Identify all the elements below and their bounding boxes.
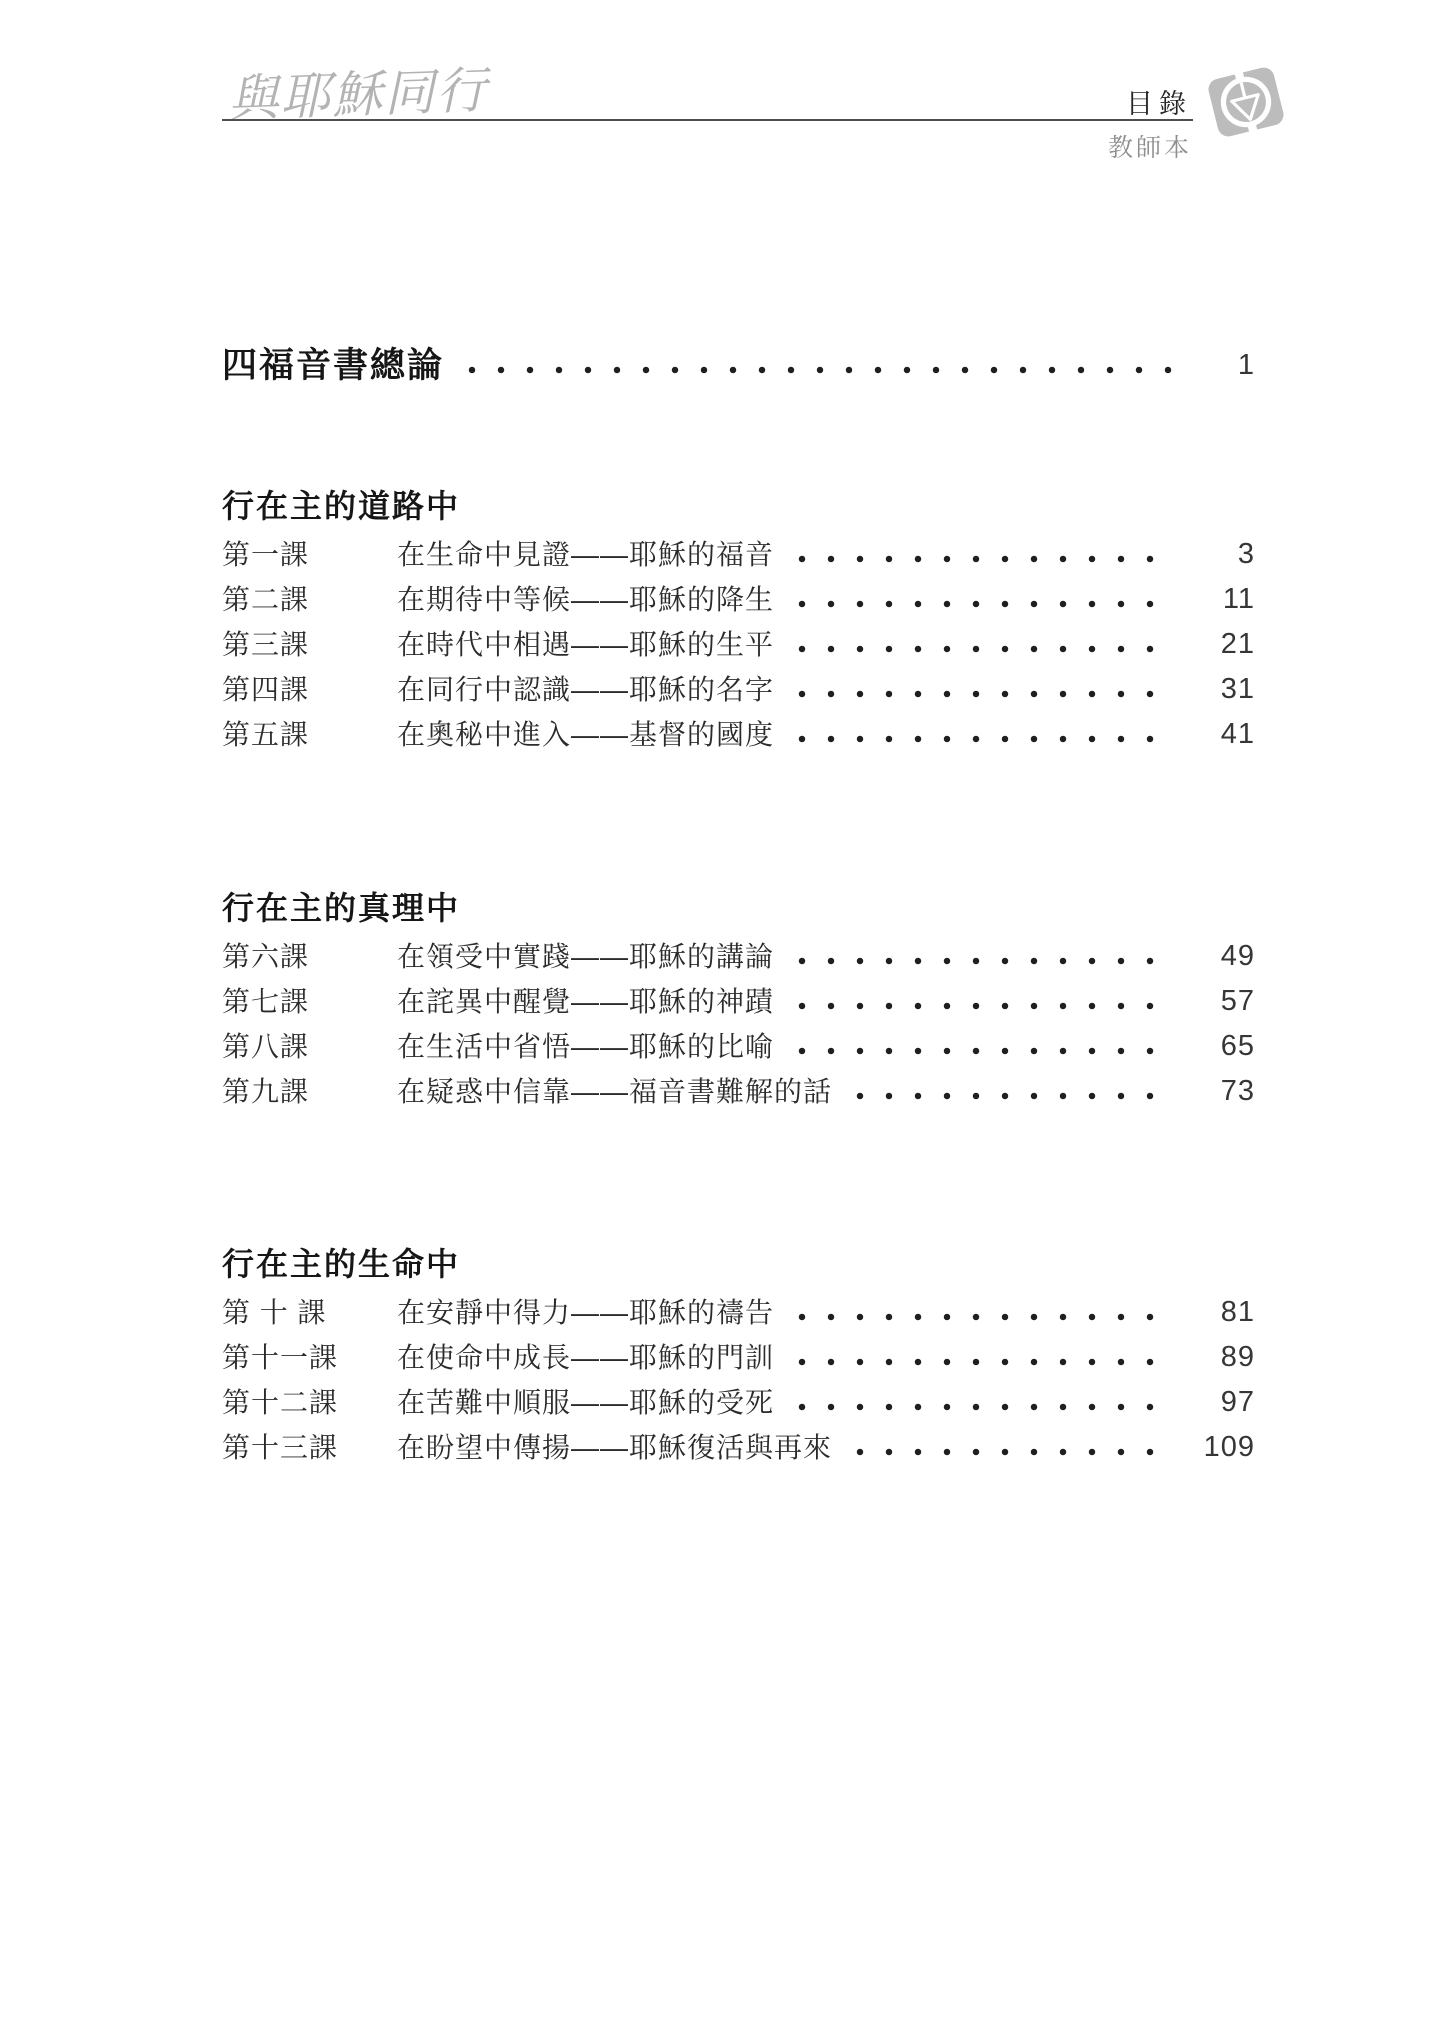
- page-number: 57: [1183, 985, 1255, 1018]
- page-number: 21: [1183, 628, 1255, 661]
- lesson-title: 在生活中省悟——耶穌的比喻: [397, 1030, 774, 1063]
- lesson-number: 第一課: [222, 538, 397, 571]
- dot-leader: [846, 1075, 1175, 1108]
- lesson-number: 第九課: [222, 1075, 397, 1108]
- lesson-number: 第十二課: [222, 1386, 397, 1419]
- page-number: 1: [1183, 349, 1255, 382]
- toc-row: 第五課 在奧秘中進入——基督的國度 41: [222, 718, 1255, 751]
- lesson-title: 在苦難中順服——耶穌的受死: [397, 1386, 774, 1419]
- lesson-title: 在時代中相遇——耶穌的生平: [397, 628, 774, 661]
- toc-row: 第十二課 在苦難中順服——耶穌的受死 97: [222, 1386, 1255, 1419]
- header-divider: [222, 119, 1193, 121]
- page-number: 73: [1183, 1075, 1255, 1108]
- dot-leader: [788, 1386, 1175, 1419]
- dot-leader: [788, 1030, 1175, 1063]
- lesson-number: 第七課: [222, 985, 397, 1018]
- toc-row: 第四課 在同行中認識——耶穌的名字 31: [222, 673, 1255, 706]
- dot-leader: [788, 673, 1175, 706]
- toc-row-overview: 四福音書總論 1: [222, 349, 1255, 382]
- lesson-title: 在疑惑中信靠——福音書難解的話: [397, 1075, 832, 1108]
- page-number: 3: [1183, 538, 1255, 571]
- dot-leader: [788, 1341, 1175, 1374]
- dot-leader: [788, 985, 1175, 1018]
- page-number: 97: [1183, 1386, 1255, 1419]
- toc-row: 第七課 在詫異中醒覺——耶穌的神蹟 57: [222, 985, 1255, 1018]
- dot-leader: [788, 1296, 1175, 1329]
- dot-leader: [788, 583, 1175, 616]
- lesson-title: 在使命中成長——耶穌的門訓: [397, 1341, 774, 1374]
- lesson-title: 在領受中實踐——耶穌的講論: [397, 940, 774, 973]
- publisher-emblem-icon: [1195, 51, 1297, 153]
- page-number: 49: [1183, 940, 1255, 973]
- lesson-number: 第四課: [222, 673, 397, 706]
- lesson-number: 第六課: [222, 940, 397, 973]
- lesson-number: 第 十 課: [222, 1296, 397, 1329]
- page-number: 89: [1183, 1341, 1255, 1374]
- dot-leader: [788, 940, 1175, 973]
- toc-row: 第十三課 在盼望中傳揚——耶穌復活與再來 109: [222, 1431, 1255, 1464]
- lesson-title: 在奧秘中進入——基督的國度: [397, 718, 774, 751]
- toc-row: 第六課 在領受中實踐——耶穌的講論 49: [222, 940, 1255, 973]
- toc-row: 第八課 在生活中省悟——耶穌的比喻 65: [222, 1030, 1255, 1063]
- lesson-number: 第五課: [222, 718, 397, 751]
- toc-row: 第二課 在期待中等候——耶穌的降生 11: [222, 583, 1255, 616]
- lesson-title: 在安靜中得力——耶穌的禱告: [397, 1296, 774, 1329]
- page-number: 81: [1183, 1296, 1255, 1329]
- overview-title: 四福音書總論: [222, 349, 444, 382]
- lesson-number: 第十一課: [222, 1341, 397, 1374]
- page-number: 41: [1183, 718, 1255, 751]
- dot-leader: [458, 349, 1175, 382]
- edition-label: 教師本: [1108, 128, 1192, 164]
- section-heading-3: 行在主的生命中: [222, 1248, 1255, 1281]
- section-heading-1: 行在主的道路中: [222, 490, 1255, 523]
- toc-row: 第九課 在疑惑中信靠——福音書難解的話 73: [222, 1075, 1255, 1108]
- lesson-number: 第八課: [222, 1030, 397, 1063]
- lesson-number: 第三課: [222, 628, 397, 661]
- dot-leader: [846, 1431, 1175, 1464]
- toc-row: 第 十 課 在安靜中得力——耶穌的禱告 81: [222, 1296, 1255, 1329]
- dot-leader: [788, 628, 1175, 661]
- page-number: 31: [1183, 673, 1255, 706]
- lesson-title: 在盼望中傳揚——耶穌復活與再來: [397, 1431, 832, 1464]
- page-number: 65: [1183, 1030, 1255, 1063]
- toc-row: 第三課 在時代中相遇——耶穌的生平 21: [222, 628, 1255, 661]
- dot-leader: [788, 718, 1175, 751]
- toc-row: 第十一課 在使命中成長——耶穌的門訓 89: [222, 1341, 1255, 1374]
- lesson-title: 在期待中等候——耶穌的降生: [397, 583, 774, 616]
- page-title: 目錄: [1126, 82, 1192, 121]
- lesson-title: 在生命中見證——耶穌的福音: [397, 538, 774, 571]
- lesson-title: 在同行中認識——耶穌的名字: [397, 673, 774, 706]
- lesson-title: 在詫異中醒覺——耶穌的神蹟: [397, 985, 774, 1018]
- page-number: 109: [1183, 1431, 1255, 1464]
- page-number: 11: [1183, 583, 1255, 616]
- lesson-number: 第二課: [222, 583, 397, 616]
- dot-leader: [788, 538, 1175, 571]
- table-of-contents: 四福音書總論 1 行在主的道路中 第一課 在生命中見證——耶穌的福音 3 第二課…: [222, 349, 1255, 1476]
- toc-page: 與耶穌同行 目錄 教師本 四福音書總論 1 行在主的道路中 第一課 在生命中見證…: [0, 0, 1445, 2043]
- toc-row: 第一課 在生命中見證——耶穌的福音 3: [222, 538, 1255, 571]
- section-heading-2: 行在主的真理中: [222, 892, 1255, 925]
- lesson-number: 第十三課: [222, 1431, 397, 1464]
